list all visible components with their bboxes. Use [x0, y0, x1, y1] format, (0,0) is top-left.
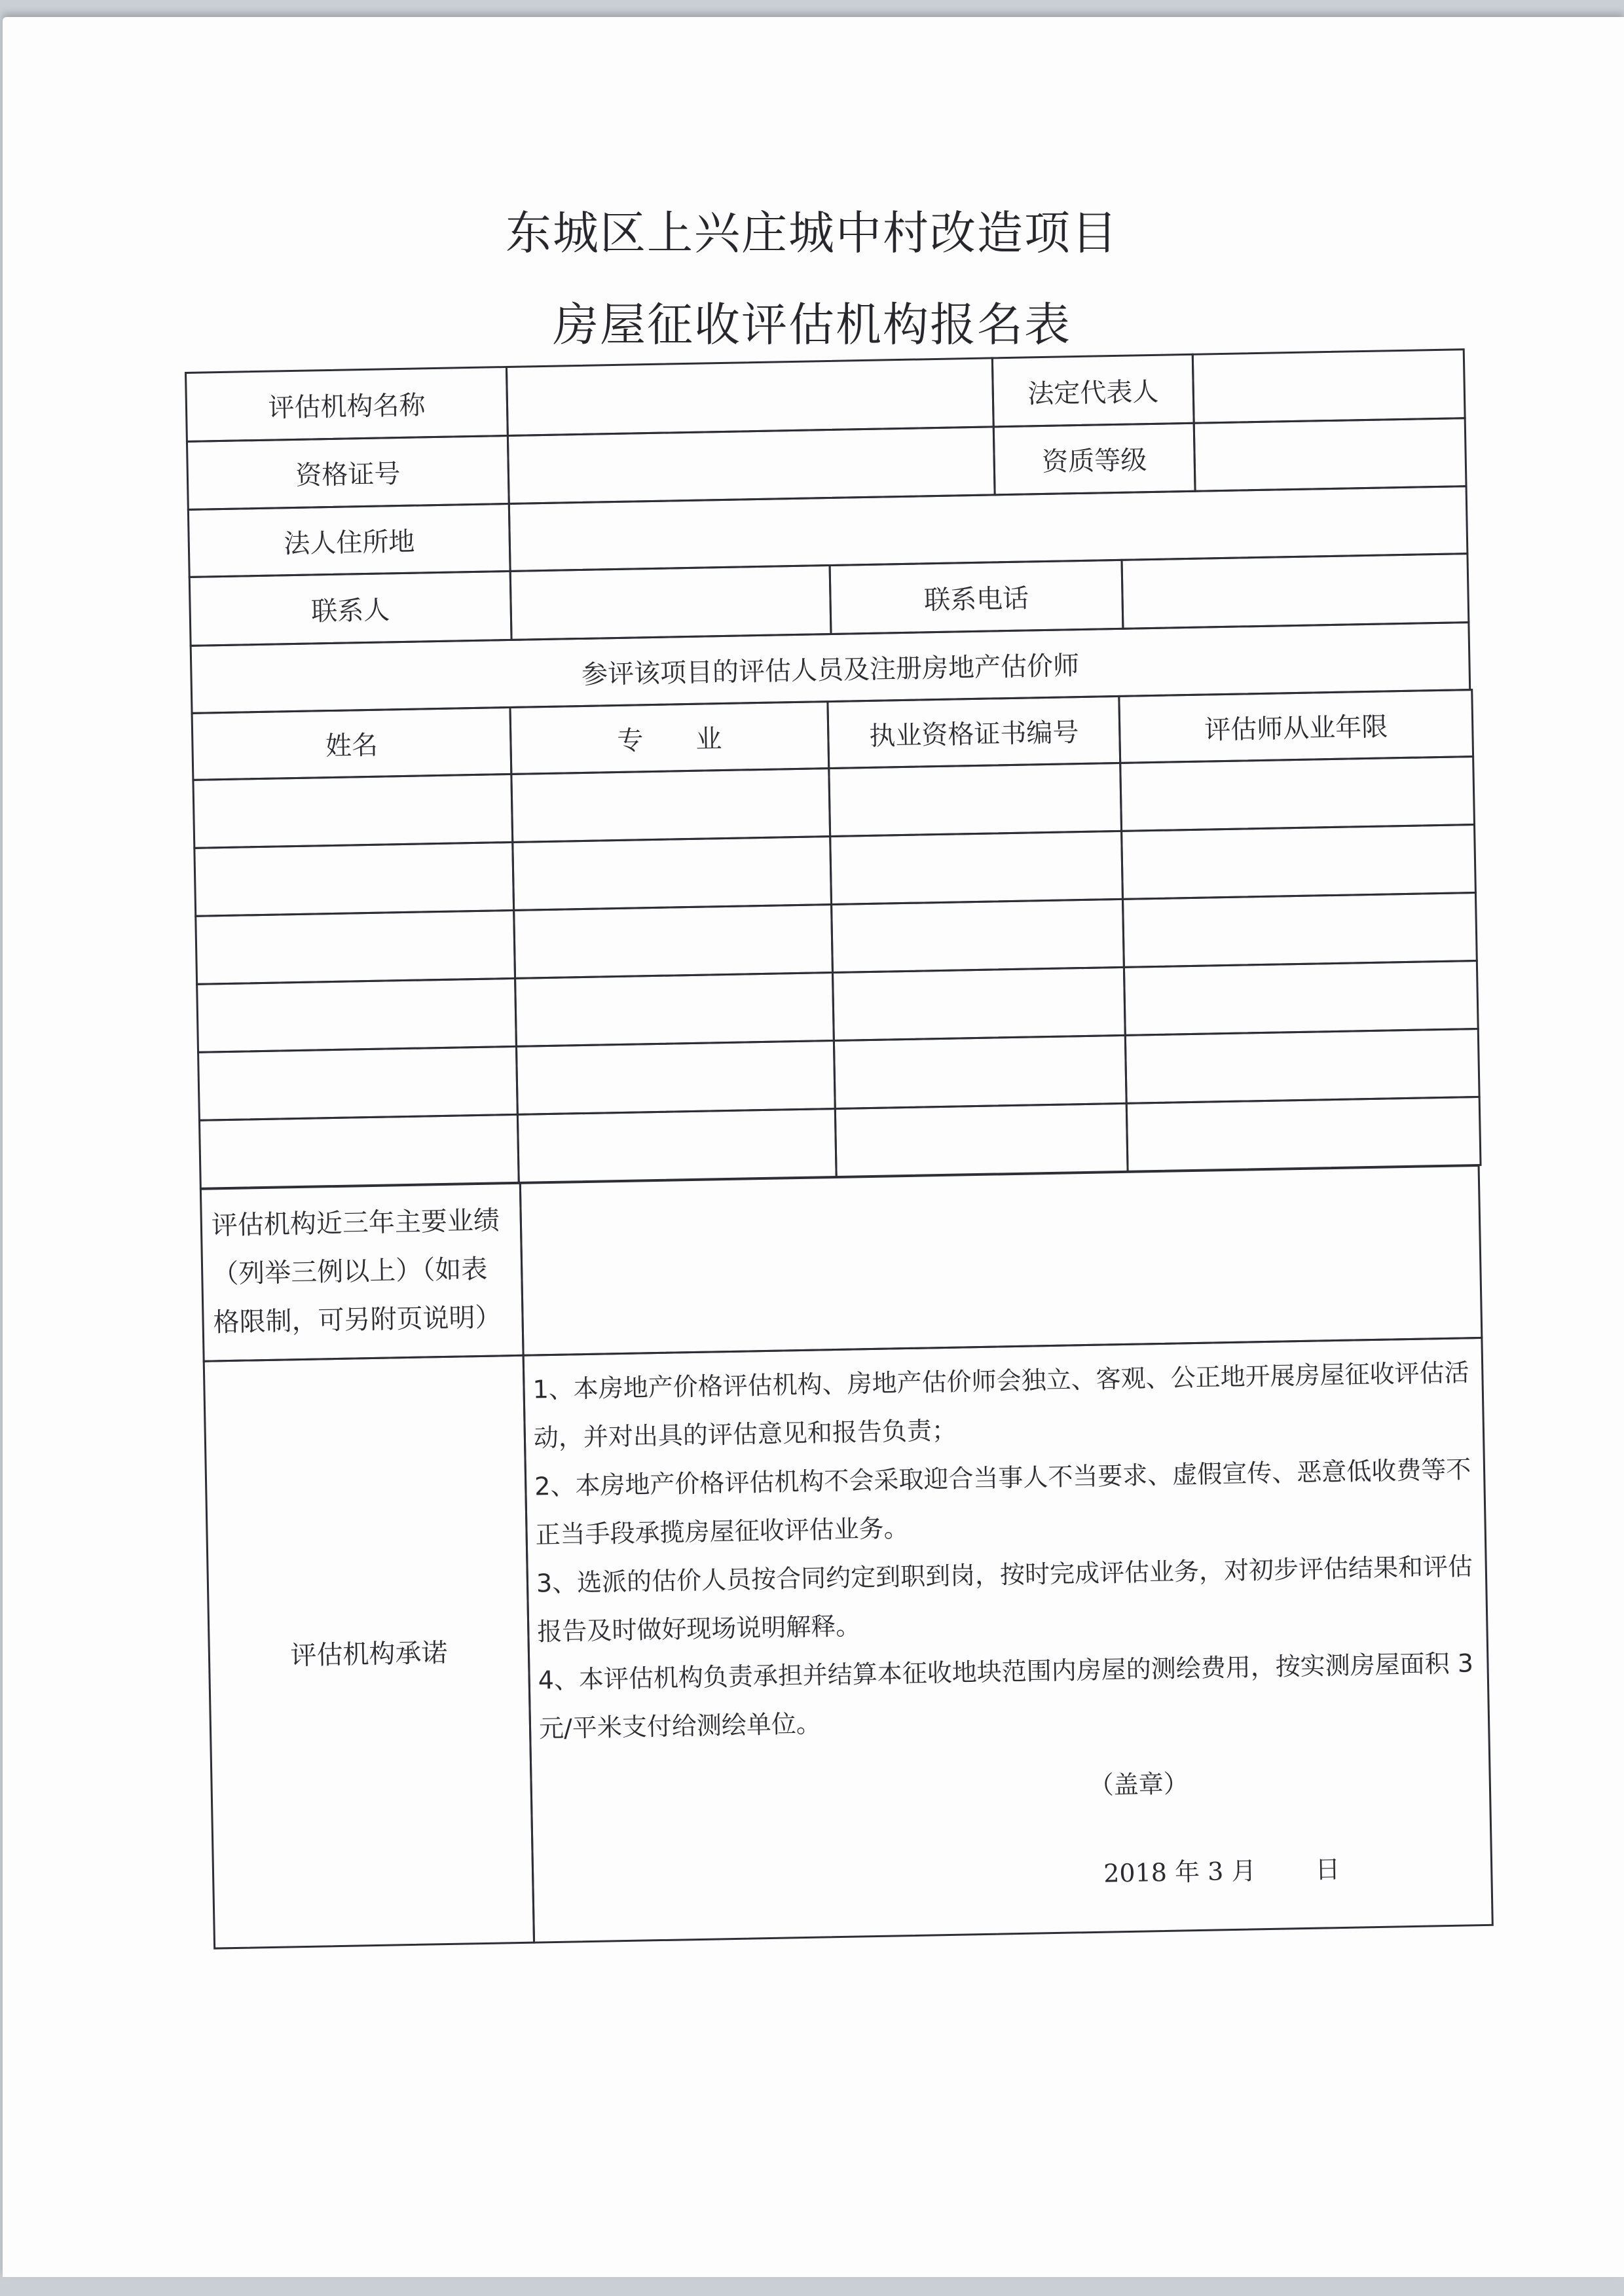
personnel-cell[interactable] — [511, 835, 832, 911]
personnel-cell[interactable] — [1119, 756, 1475, 832]
personnel-cell[interactable] — [517, 1108, 838, 1184]
performance-field[interactable] — [519, 1165, 1483, 1357]
qualification-field[interactable] — [1193, 417, 1467, 492]
personnel-column-header: 评估师从业年限 — [1118, 689, 1474, 764]
commitment-item: 1、本房地产价格评估机构、房地产估价师会独立、客观、公正地开展房屋征收评估活动，… — [532, 1348, 1475, 1462]
personnel-cell[interactable] — [830, 898, 1125, 974]
commitment-list: 1、本房地产价格评估机构、房地产估价师会独立、客观、公正地开展房屋征收评估活动，… — [525, 1339, 1488, 1753]
personnel-cell[interactable] — [198, 1114, 520, 1190]
qualification-label: 资质等级 — [993, 422, 1196, 496]
personnel-cell[interactable] — [828, 762, 1122, 837]
personnel-cell[interactable] — [193, 841, 515, 917]
signature-date: 2018 年 3 月日 — [1103, 1849, 1340, 1889]
personnel-cell[interactable] — [510, 767, 831, 843]
commitment-item: 4、本评估机构负责承担并结算本征收地块范围内房屋的测绘费用，按实测房屋面积 3 … — [538, 1639, 1480, 1753]
personnel-cell[interactable] — [196, 977, 517, 1053]
contact-label: 联系人 — [189, 570, 513, 647]
commitment-content: 1、本房地产价格评估机构、房地产估价师会独立、客观、公正地开展房屋征收评估活动，… — [523, 1337, 1494, 1944]
document-title: 东城区上兴庄城中村改造项目 — [0, 196, 1624, 263]
personnel-cell[interactable] — [192, 773, 513, 849]
legal-rep-field[interactable] — [1192, 348, 1466, 424]
legal-rep-label: 法定代表人 — [991, 354, 1195, 428]
date-year-month: 2018 年 3 月 — [1103, 1856, 1257, 1887]
personnel-cell[interactable] — [513, 903, 834, 979]
personnel-cell[interactable] — [833, 1034, 1128, 1110]
org-name-label: 评估机构名称 — [185, 366, 509, 443]
personnel-cell[interactable] — [834, 1102, 1129, 1178]
personnel-cell[interactable] — [1123, 960, 1479, 1036]
document-subtitle: 房屋征收评估机构报名表 — [0, 288, 1624, 354]
cert-no-field[interactable] — [507, 426, 996, 505]
personnel-cell[interactable] — [1122, 892, 1478, 968]
seal-placeholder: （盖章） — [1088, 1763, 1189, 1801]
registration-form-table: 评估机构名称 法定代表人 资格证号 资质等级 法人住所地 联系人 联系电话 参评… — [185, 348, 1494, 1949]
personnel-cell[interactable] — [829, 830, 1124, 905]
personnel-cell[interactable] — [515, 1040, 836, 1116]
personnel-cell[interactable] — [197, 1046, 519, 1121]
cert-no-label: 资格证号 — [186, 435, 510, 511]
personnel-column-header: 专 业 — [509, 701, 830, 775]
phone-field[interactable] — [1120, 553, 1469, 630]
personnel-cell[interactable] — [194, 909, 516, 985]
personnel-cell[interactable] — [1120, 824, 1477, 900]
org-name-field[interactable] — [506, 357, 995, 437]
personnel-column-header: 执业资格证书编号 — [826, 695, 1121, 769]
commitment-label: 评估机构承诺 — [203, 1355, 535, 1950]
personnel-cell[interactable] — [832, 966, 1126, 1042]
commitment-item: 3、选派的估价人员按合同约定到职到岗，按时完成评估业务，对初步评估结果和评估报告… — [536, 1542, 1478, 1656]
personnel-cell[interactable] — [1124, 1028, 1481, 1104]
personnel-column-header: 姓名 — [191, 706, 513, 781]
personnel-cell[interactable] — [1126, 1096, 1482, 1173]
date-day: 日 — [1315, 1855, 1340, 1884]
performance-label: 评估机构近三年主要业绩（列举三例以上）（如表格限制，可另附页说明） — [200, 1182, 525, 1362]
phone-label: 联系电话 — [829, 559, 1124, 635]
personnel-cell[interactable] — [514, 972, 835, 1048]
contact-field[interactable] — [509, 564, 832, 641]
address-label: 法人住所地 — [187, 503, 511, 578]
commitment-item: 2、本房地产价格评估机构不会采取迎合当事人不当要求、虚假宣传、恶意低收费等不正当… — [534, 1445, 1477, 1559]
